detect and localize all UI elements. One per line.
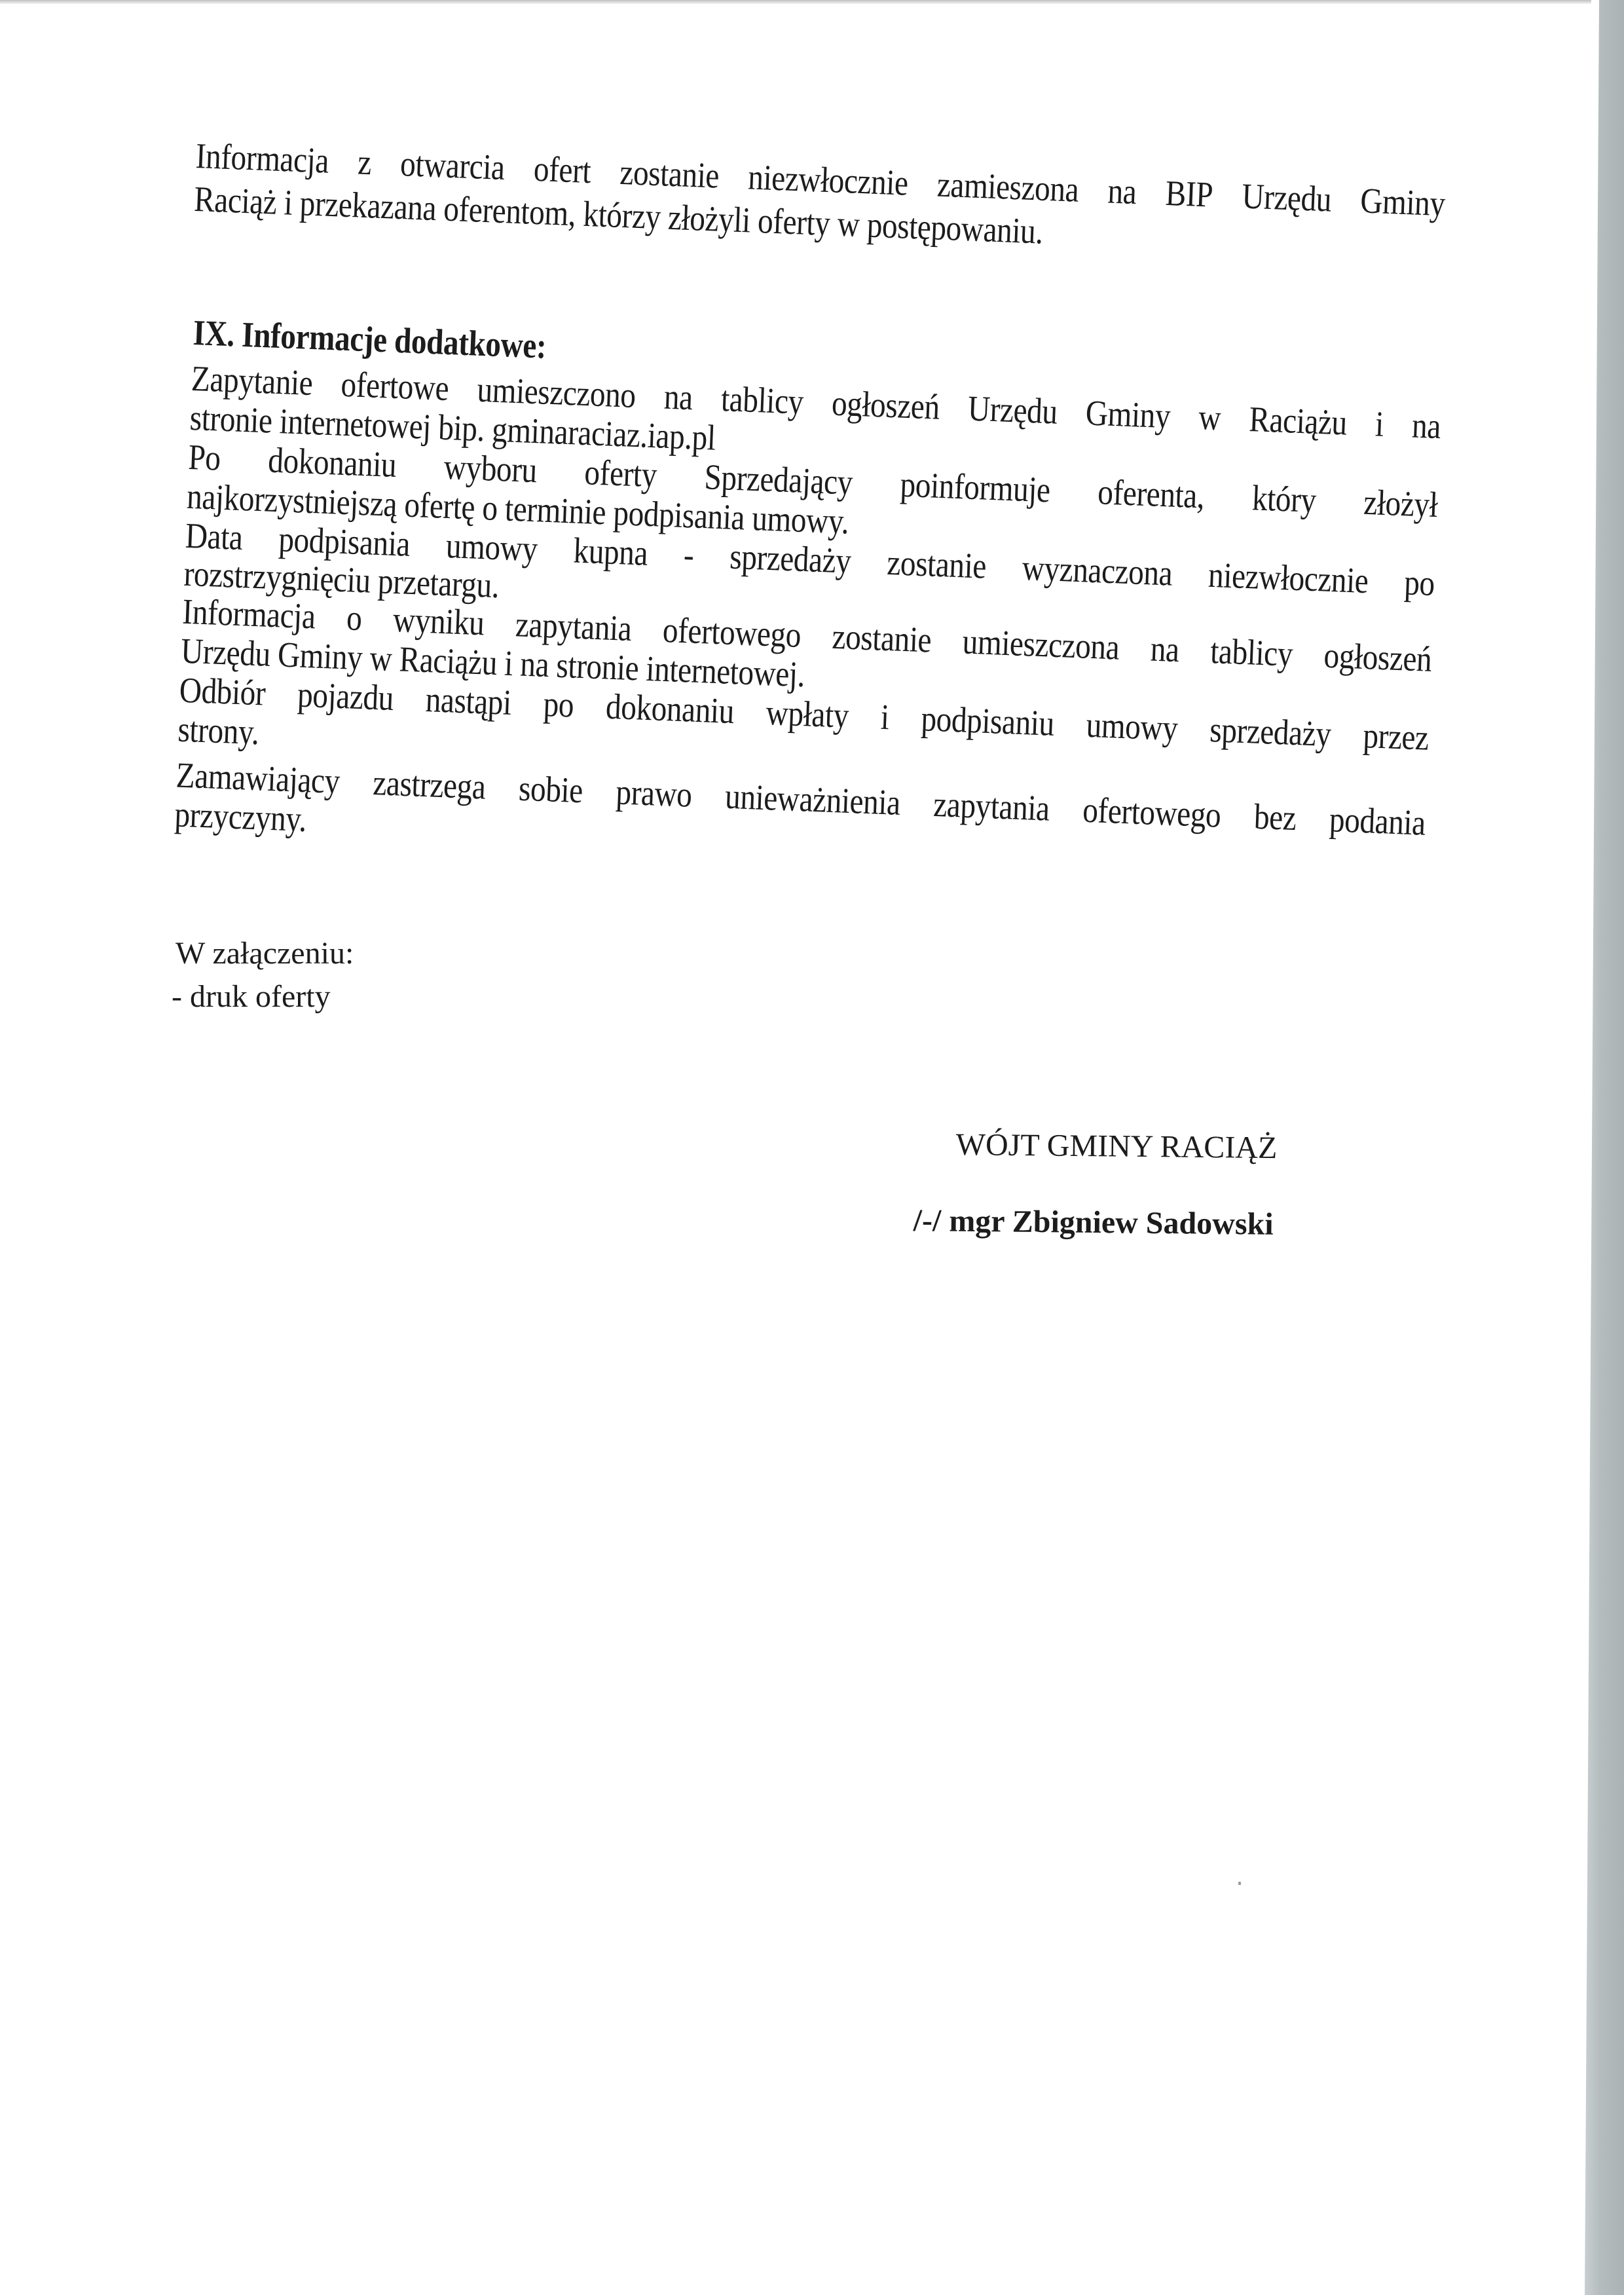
word: dokonaniu <box>605 688 735 729</box>
word: Data <box>185 517 244 555</box>
word: złożył <box>1363 484 1438 523</box>
word: Odbiór <box>179 672 266 711</box>
word: ogłoszeń <box>1323 637 1433 677</box>
word: Urzędu <box>1241 177 1332 217</box>
word: zostanie <box>832 618 932 658</box>
scan-speck <box>1238 1882 1241 1885</box>
word: na <box>1150 630 1180 667</box>
word: Gminy <box>1359 182 1445 221</box>
word: Po <box>188 439 221 476</box>
word: unieważnienia <box>724 778 900 821</box>
signature-name: /-/ mgr Zbigniew Sadowski <box>913 1203 1273 1242</box>
word: na <box>663 379 693 416</box>
word: oferty <box>584 454 657 493</box>
word: prawo <box>616 774 693 812</box>
word: umieszczona <box>962 623 1120 665</box>
word: zastrzega <box>373 764 487 805</box>
word: który <box>1251 479 1317 518</box>
word: umieszczono <box>477 371 637 413</box>
word: Gminy <box>1085 394 1171 434</box>
word: sprzedaży <box>1209 711 1331 752</box>
signature-title: WÓJT GMINY RACIĄŻ <box>955 1127 1277 1166</box>
word: Urzędu <box>967 390 1058 430</box>
word: po <box>1403 564 1435 601</box>
scan-top-edge <box>0 0 1591 4</box>
word: tablicy <box>1209 633 1293 672</box>
word: zapytania <box>932 786 1050 827</box>
word: Zapytanie <box>191 360 313 401</box>
word: poinformuje <box>900 466 1051 508</box>
word: ofertowe <box>341 366 450 406</box>
word: sprzedaży <box>729 538 851 579</box>
word: wyniku <box>392 601 485 641</box>
word: oferenta, <box>1097 474 1205 513</box>
word: tablicy <box>720 381 804 420</box>
word: Informacja <box>195 138 329 179</box>
attachment-item: - druk oferty <box>172 981 331 1013</box>
word: pojazdu <box>297 677 394 717</box>
word: na <box>1411 407 1441 445</box>
word: ogłoszeń <box>831 385 940 425</box>
word: niezwłocznie <box>747 159 908 200</box>
section-ix-heading: IX. Informacje dodatkowe: <box>193 314 547 364</box>
scan-right-edge <box>1585 0 1624 2295</box>
word: niezwłocznie <box>1208 557 1369 599</box>
word: otwarcia <box>399 145 505 185</box>
section-ix-line: przyczyny. <box>174 796 307 837</box>
section-ix-line: Zamawiającyzastrzegasobieprawounieważnie… <box>175 757 1426 841</box>
word: przez <box>1362 717 1429 756</box>
word: umowy <box>1086 707 1179 746</box>
word: Zamawiający <box>175 757 341 800</box>
word: nastąpi <box>425 681 512 720</box>
word: po <box>543 686 575 723</box>
word: zamieszona <box>936 166 1079 207</box>
word: na <box>1107 173 1137 210</box>
section-ix-line: strony. <box>177 711 260 751</box>
word: Sprzedający <box>704 458 853 500</box>
attachments-label: W załączeniu: <box>175 938 354 969</box>
word: Raciążu <box>1249 401 1348 441</box>
word: zostanie <box>886 544 987 584</box>
document-page: Informacjazotwarciaofertzostanieniezwłoc… <box>0 0 1624 2295</box>
word: i <box>880 699 890 735</box>
word: podpisania <box>278 521 411 562</box>
word: w <box>1198 399 1221 436</box>
word: - <box>683 536 694 573</box>
word: ofertowego <box>1082 792 1221 833</box>
word: sobie <box>518 770 583 809</box>
word: z <box>357 144 372 181</box>
word: wyznaczona <box>1022 550 1173 591</box>
word: zostanie <box>619 154 720 194</box>
word: wyboru <box>443 449 538 488</box>
word: podania <box>1329 801 1426 841</box>
word: Informacja <box>182 593 316 635</box>
word: ofert <box>533 151 591 189</box>
word: ofertowego <box>662 612 802 653</box>
word: dokonaniu <box>267 442 397 483</box>
word: BIP <box>1165 175 1213 213</box>
word: zapytania <box>515 606 632 646</box>
word: bez <box>1253 798 1297 836</box>
word: podpisaniu <box>921 700 1055 741</box>
word: i <box>1375 405 1384 441</box>
word: kupna <box>573 532 648 571</box>
word: umowy <box>445 527 538 567</box>
word: wpłaty <box>766 694 849 734</box>
word: o <box>346 599 362 636</box>
